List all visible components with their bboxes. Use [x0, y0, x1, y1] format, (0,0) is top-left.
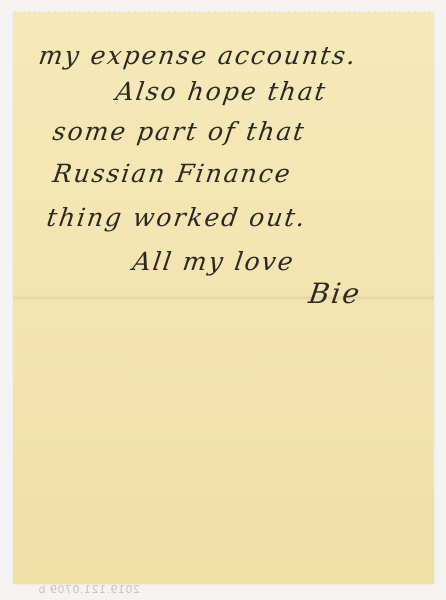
fold-crease [13, 295, 434, 301]
letter-paper: my expense accounts. Also hope that some… [13, 13, 434, 584]
handwritten-line-2: Also hope that [114, 77, 329, 106]
signature: Bie [307, 277, 364, 310]
handwritten-line-3: some part of that [51, 117, 308, 146]
handwritten-line-4: Russian Finance [51, 159, 294, 188]
handwritten-line-5: thing worked out. [45, 203, 309, 232]
catalog-number-bleedthrough: 2019.121.0709 b [38, 583, 140, 596]
handwritten-line-1: my expense accounts. [37, 41, 359, 70]
closing-line: All my love [131, 247, 297, 276]
